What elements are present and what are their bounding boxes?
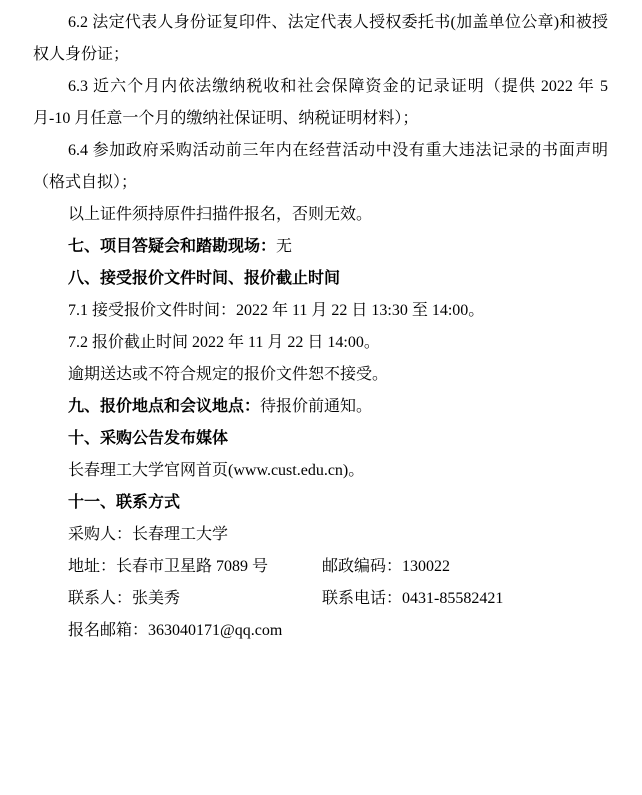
phone-text: 联系电话：0431-85582421 bbox=[322, 583, 503, 615]
publish-media-line: 长春理工大学官网首页(www.cust.edu.cn)。 bbox=[33, 455, 608, 487]
clause-7-2: 7.2 报价截止时间 2022 年 11 月 22 日 14:00。 bbox=[33, 327, 608, 359]
postal-code-text: 邮政编码：130022 bbox=[322, 551, 450, 583]
section-11-heading: 十一、联系方式 bbox=[33, 487, 608, 519]
section-9-value: 待报价前通知。 bbox=[260, 398, 372, 415]
section-7-value: 无 bbox=[276, 238, 292, 255]
clause-6-3: 6.3 近六个月内依法缴纳税收和社会保障资金的记录证明（提供 2022 年 5 … bbox=[33, 71, 608, 135]
section-9-heading: 九、报价地点和会议地点： bbox=[68, 398, 260, 415]
contact-line: 联系人：张美秀联系电话：0431-85582421 bbox=[33, 583, 608, 615]
originals-note: 以上证件须持原件扫描件报名，否则无效。 bbox=[33, 199, 608, 231]
section-10-heading: 十、采购公告发布媒体 bbox=[33, 423, 608, 455]
section-8-heading: 八、接受报价文件时间、报价截止时间 bbox=[33, 263, 608, 295]
section-9-line: 九、报价地点和会议地点：待报价前通知。 bbox=[33, 391, 608, 423]
address-text: 地址：长春市卫星路 7089 号 bbox=[68, 558, 268, 575]
document-page: 6.2 法定代表人身份证复印件、法定代表人授权委托书(加盖单位公章)和被授权人身… bbox=[0, 0, 642, 795]
email-line: 报名邮箱：363040171@qq.com bbox=[33, 615, 608, 647]
clause-6-2: 6.2 法定代表人身份证复印件、法定代表人授权委托书(加盖单位公章)和被授权人身… bbox=[33, 7, 608, 71]
address-line: 地址：长春市卫星路 7089 号邮政编码：130022 bbox=[33, 551, 608, 583]
purchaser-line: 采购人：长春理工大学 bbox=[33, 519, 608, 551]
late-delivery-note: 逾期送达或不符合规定的报价文件恕不接受。 bbox=[33, 359, 608, 391]
section-7-heading: 七、项目答疑会和踏勘现场： bbox=[68, 238, 276, 255]
clause-6-4: 6.4 参加政府采购活动前三年内在经营活动中没有重大违法记录的书面声明（格式自拟… bbox=[33, 135, 608, 199]
clause-7-1: 7.1 接受报价文件时间：2022 年 11 月 22 日 13:30 至 14… bbox=[33, 295, 608, 327]
document-content: 6.2 法定代表人身份证复印件、法定代表人授权委托书(加盖单位公章)和被授权人身… bbox=[33, 7, 608, 647]
section-7-line: 七、项目答疑会和踏勘现场：无 bbox=[33, 231, 608, 263]
contact-person-text: 联系人：张美秀 bbox=[68, 590, 180, 607]
